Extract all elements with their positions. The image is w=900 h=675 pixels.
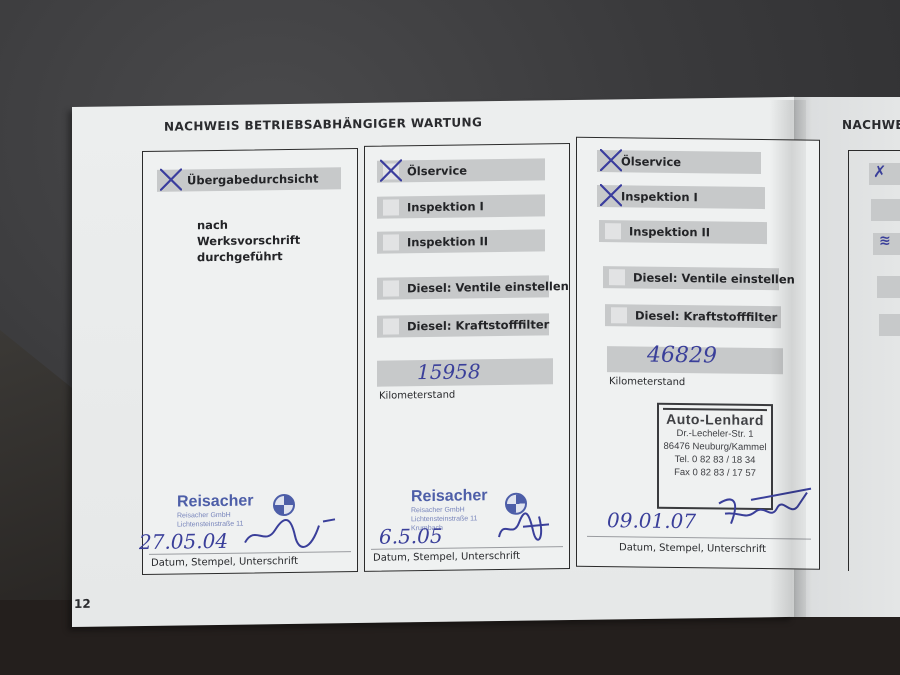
next-page-option — [877, 276, 900, 298]
signature-label: Datum, Stempel, Unterschrift — [373, 551, 520, 564]
stamp-name: Reisacher — [411, 487, 488, 506]
option-inspektion-2[interactable]: Inspektion II — [377, 229, 545, 253]
stamp-line: Tel. 0 82 83 / 18 34 — [659, 453, 771, 467]
option-label: Inspektion I — [407, 199, 484, 214]
left-page: NACHWEIS BETRIEBSABHÄNGIGER WARTUNG Über… — [72, 97, 794, 627]
handwritten-date: 6.5.05 — [379, 524, 443, 549]
option-label: Ölservice — [407, 163, 467, 178]
checkbox[interactable] — [603, 188, 619, 204]
note-line: nach — [197, 216, 300, 233]
checkbox[interactable] — [605, 223, 621, 239]
option-diesel-ventile[interactable]: Diesel: Ventile einstellen — [377, 275, 549, 299]
handover-column: Übergabedurchsicht nach Werksvorschrift … — [142, 148, 358, 575]
stamp-name: Auto-Lenhard — [663, 408, 767, 428]
handwritten-date: 27.05.04 — [139, 529, 228, 554]
check-mark-icon: ✗ — [873, 162, 886, 181]
option-inspektion-1[interactable]: Inspektion I — [377, 194, 545, 218]
next-page-option — [879, 314, 900, 336]
mileage-value: 15958 — [417, 359, 481, 384]
checkbox[interactable] — [609, 269, 625, 285]
option-diesel-ventile[interactable]: Diesel: Ventile einstellen — [603, 266, 779, 290]
option-label: Diesel: Kraftstofffilter — [407, 317, 549, 333]
checkbox[interactable] — [383, 163, 399, 179]
option-label: Diesel: Ventile einstellen — [407, 279, 569, 295]
option-label: Übergabedurchsicht — [187, 172, 318, 188]
checkbox[interactable] — [383, 280, 399, 296]
stamp-line: 86476 Neuburg/Kammel — [659, 440, 771, 454]
signature-label: Datum, Stempel, Unterschrift — [151, 556, 298, 569]
option-inspektion-1[interactable]: Inspektion I — [597, 185, 765, 209]
option-diesel-kraftstofffilter[interactable]: Diesel: Kraftstofffilter — [605, 304, 781, 328]
signature-scribble — [241, 515, 341, 552]
option-label: Inspektion II — [407, 234, 488, 249]
check-mark-icon: ≋ — [879, 233, 891, 249]
mileage-field[interactable]: 15958 — [377, 358, 553, 386]
mileage-label: Kilometerstand — [379, 390, 455, 402]
next-page-heading: NACHWEIS — [842, 118, 900, 132]
option-label: Inspektion I — [621, 189, 698, 204]
stamp-line: Fax 0 82 83 / 17 57 — [659, 466, 771, 480]
option-oelservice[interactable]: Ölservice — [597, 150, 761, 174]
stamp-line: Dr.-Lecheler-Str. 1 — [659, 427, 771, 441]
handover-note: nach Werksvorschrift durchgeführt — [197, 216, 300, 265]
page-heading: NACHWEIS BETRIEBSABHÄNGIGER WARTUNG — [164, 115, 482, 133]
page-number: 12 — [74, 597, 91, 611]
option-label: Inspektion II — [629, 224, 710, 239]
note-line: Werksvorschrift — [197, 232, 300, 249]
service-column-1: Ölservice Inspektion I Inspektion II Die… — [364, 143, 570, 572]
stamp-name: Reisacher — [177, 492, 254, 511]
checkbox[interactable] — [163, 173, 179, 189]
checkbox[interactable] — [611, 307, 627, 323]
checkbox[interactable] — [383, 318, 399, 334]
next-page-option: ✗ — [869, 163, 900, 185]
mileage-label: Kilometerstand — [609, 376, 685, 388]
next-page-option — [871, 199, 900, 221]
checkbox[interactable] — [383, 199, 399, 215]
mileage-field[interactable]: 46829 — [607, 346, 783, 374]
option-label: Ölservice — [621, 154, 681, 169]
signature-label: Datum, Stempel, Unterschrift — [619, 542, 766, 555]
handwritten-date: 09.01.07 — [607, 508, 696, 533]
option-inspektion-2[interactable]: Inspektion II — [599, 220, 767, 244]
book-gutter — [770, 100, 806, 620]
checkbox[interactable] — [383, 234, 399, 250]
option-diesel-kraftstofffilter[interactable]: Diesel: Kraftstofffilter — [377, 313, 549, 337]
checkbox[interactable] — [603, 153, 619, 169]
note-line: durchgeführt — [197, 248, 300, 265]
option-label: Diesel: Kraftstofffilter — [635, 308, 777, 324]
option-oelservice[interactable]: Ölservice — [377, 158, 545, 182]
option-uebergabedurchsicht[interactable]: Übergabedurchsicht — [157, 167, 341, 192]
signature-scribble — [493, 508, 553, 545]
next-page-column: ✗ ≋ — [848, 150, 900, 571]
mileage-value: 46829 — [647, 343, 717, 369]
bmw-logo-icon — [273, 494, 295, 516]
next-page-option: ≋ — [873, 233, 900, 255]
